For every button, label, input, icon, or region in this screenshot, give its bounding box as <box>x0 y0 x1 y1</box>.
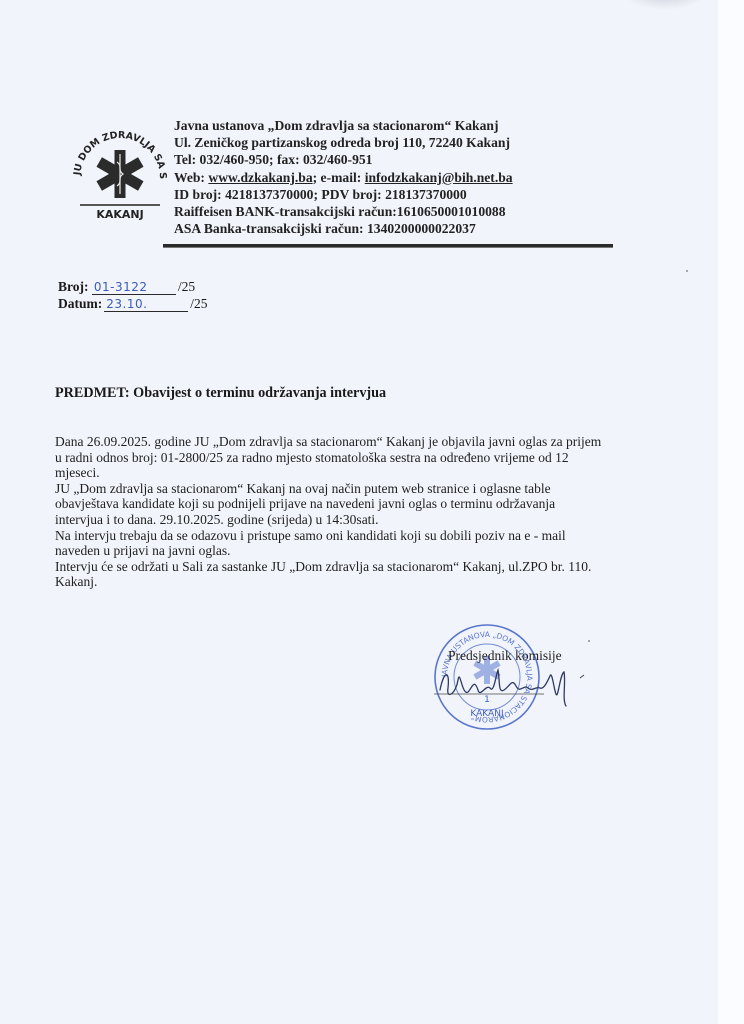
phone-fax: Tel: 032/460-950; fax: 032/460-951 <box>174 151 513 168</box>
body-line: mjeseci. <box>55 465 675 481</box>
bank-account-raiffeisen: Raiffeisen BANK-transakcijski račun:1610… <box>174 203 513 220</box>
letterhead-divider <box>163 244 613 248</box>
body-line: u radni odnos broj: 01-2800/25 za radno … <box>55 450 675 466</box>
scan-speck <box>588 640 590 642</box>
body-line: JU „Dom zdravlja sa stacionarom“ Kakanj … <box>55 481 675 497</box>
broj-suffix: /25 <box>178 279 195 294</box>
broj-label: Broj: <box>58 279 89 294</box>
datum-suffix: /25 <box>190 296 207 311</box>
web-email-line: Web: www.dzkakanj.ba; e-mail: infodzkaka… <box>174 169 513 186</box>
handwritten-signature <box>432 660 592 710</box>
svg-text:KAKANJ: KAKANJ <box>470 709 503 719</box>
scan-speck <box>686 270 688 272</box>
body-line: intervjua i to dana. 29.10.2025. godine … <box>55 512 675 528</box>
datum-handwritten-value: 23.10. <box>104 297 188 312</box>
scan-edge-strip <box>718 0 744 1024</box>
signature-scribble-icon <box>432 660 592 710</box>
svg-text:KAKANJ: KAKANJ <box>96 208 143 221</box>
body-line: Kakanj. <box>55 574 675 590</box>
body-line: Dana 26.09.2025. godine JU „Dom zdravlja… <box>55 434 675 450</box>
id-numbers: ID broj: 4218137370000; PDV broj: 218137… <box>174 186 513 203</box>
reference-date: Datum:23.10./25 <box>58 296 208 312</box>
email-link[interactable]: infodzkakanj@bih.net.ba <box>365 170 513 185</box>
star-of-life-icon: JU DOM ZDRAVLJA SA STACIONAROM KAKANJ <box>70 112 170 224</box>
scan-shadow <box>620 0 710 10</box>
letter-body: Dana 26.09.2025. godine JU „Dom zdravlja… <box>55 434 675 590</box>
web-label: Web: <box>174 170 208 185</box>
website-link[interactable]: www.dzkakanj.ba <box>208 170 312 185</box>
body-line: Intervju će se održati u Sali za sastank… <box>55 559 675 575</box>
broj-handwritten-value: 01-3122 <box>92 280 176 295</box>
bank-account-asa: ASA Banka-transakcijski račun: 134020000… <box>174 220 513 237</box>
institution-logo: JU DOM ZDRAVLJA SA STACIONAROM KAKANJ <box>70 112 170 224</box>
institution-address: Ul. Zeničkog partizanskog odreda broj 11… <box>174 134 513 151</box>
institution-name: Javna ustanova „Dom zdravlja sa staciona… <box>174 117 513 134</box>
email-label: ; e-mail: <box>313 170 365 185</box>
body-line: obavještava kandidate koji su podnijeli … <box>55 496 675 512</box>
letterhead-text: Javna ustanova „Dom zdravlja sa staciona… <box>174 117 513 237</box>
datum-label: Datum: <box>58 296 102 311</box>
subject-line: PREDMET: Obavijest o terminu održavanja … <box>55 385 386 402</box>
body-line: Na intervju trebaju da se odazovu i pris… <box>55 528 675 544</box>
reference-number: Broj: 01-3122/25 <box>58 279 195 295</box>
body-line: naveden u prijavi na javni oglas. <box>55 543 675 559</box>
